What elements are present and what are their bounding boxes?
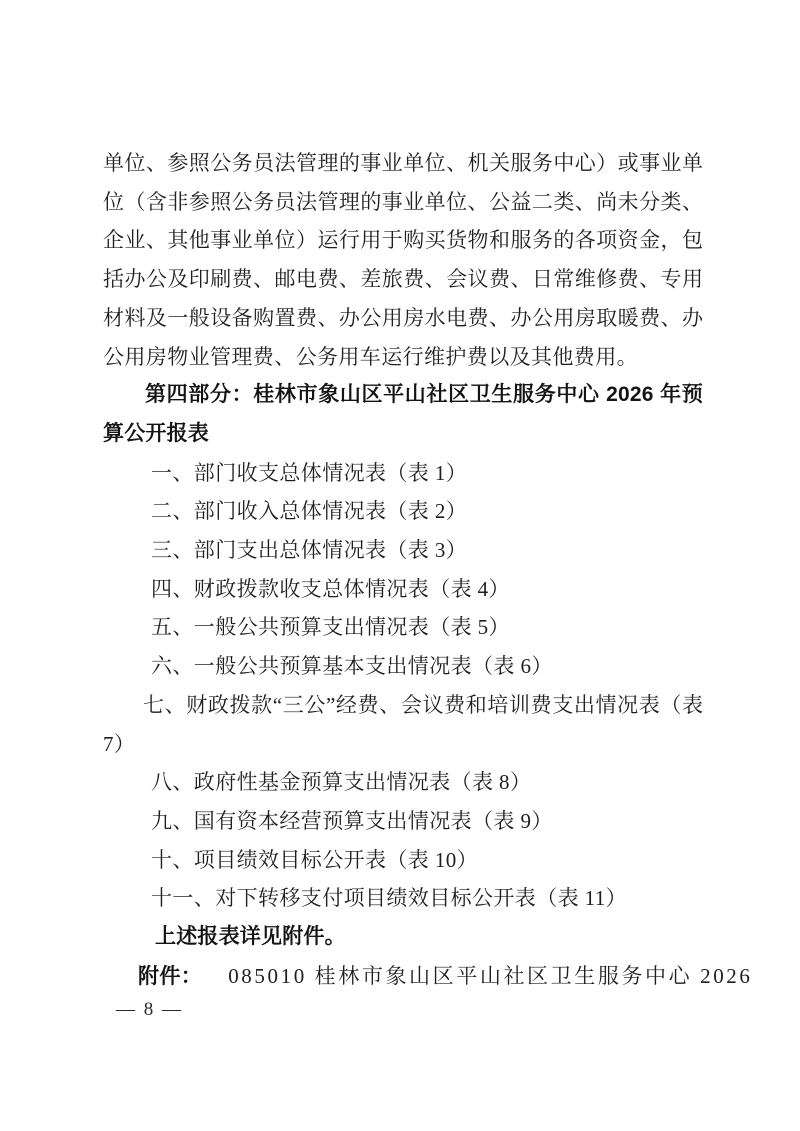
attachment-note: 上述报表详见附件。 xyxy=(103,918,703,957)
paragraph-line: 企业、其他事业单位）运行用于购买货物和服务的各项资金，包 xyxy=(103,221,703,260)
table-list-item: 五、一般公共预算支出情况表（表 5） xyxy=(103,608,703,647)
table-list-item: 十一、对下转移支付项目绩效目标公开表（表 11） xyxy=(103,879,703,918)
paragraph-line: 公用房物业管理费、公务用车运行维护费以及其他费用。 xyxy=(103,338,703,377)
attachment-line: 附件：085010 桂林市象山区平山社区卫生服务中心 2026 xyxy=(103,957,703,997)
section-heading-line: 第四部分：桂林市象山区平山社区卫生服务中心 2026 年预 xyxy=(103,376,703,415)
table-list-item: 二、部门收入总体情况表（表 2） xyxy=(103,492,703,531)
section-heading-line: 算公开报表 xyxy=(103,415,703,454)
table-list-item: 四、财政拨款收支总体情况表（表 4） xyxy=(103,570,703,609)
paragraph-line: 括办公及印刷费、邮电费、差旅费、会议费、日常维修费、专用 xyxy=(103,260,703,299)
document-page: 单位、参照公务员法管理的事业单位、机关服务中心）或事业单 位（含非参照公务员法管… xyxy=(0,0,800,1131)
table-list-item: 一、部门收支总体情况表（表 1） xyxy=(103,454,703,493)
table-list-item: 六、一般公共预算基本支出情况表（表 6） xyxy=(103,647,703,686)
paragraph-line: 位（含非参照公务员法管理的事业单位、公益二类、尚未分类、 xyxy=(103,183,703,222)
table-list-item: 七、财政拨款“三公”经费、会议费和培训费支出情况表（表 xyxy=(103,686,703,725)
attachment-text: 085010 桂林市象山区平山社区卫生服务中心 2026 xyxy=(228,964,752,988)
table-list-item: 十、项目绩效目标公开表（表 10） xyxy=(103,841,703,880)
table-list-item-continuation: 7） xyxy=(103,725,703,764)
table-list-item: 三、部门支出总体情况表（表 3） xyxy=(103,531,703,570)
table-list-item: 八、政府性基金预算支出情况表（表 8） xyxy=(103,763,703,802)
attachment-label: 附件： xyxy=(138,965,202,988)
paragraph-line: 材料及一般设备购置费、办公用房水电费、办公用房取暖费、办 xyxy=(103,299,703,338)
page-content: 单位、参照公务员法管理的事业单位、机关服务中心）或事业单 位（含非参照公务员法管… xyxy=(103,144,703,996)
page-number: — 8 — xyxy=(116,999,183,1021)
table-list-item: 九、国有资本经营预算支出情况表（表 9） xyxy=(103,802,703,841)
paragraph-line: 单位、参照公务员法管理的事业单位、机关服务中心）或事业单 xyxy=(103,144,703,183)
